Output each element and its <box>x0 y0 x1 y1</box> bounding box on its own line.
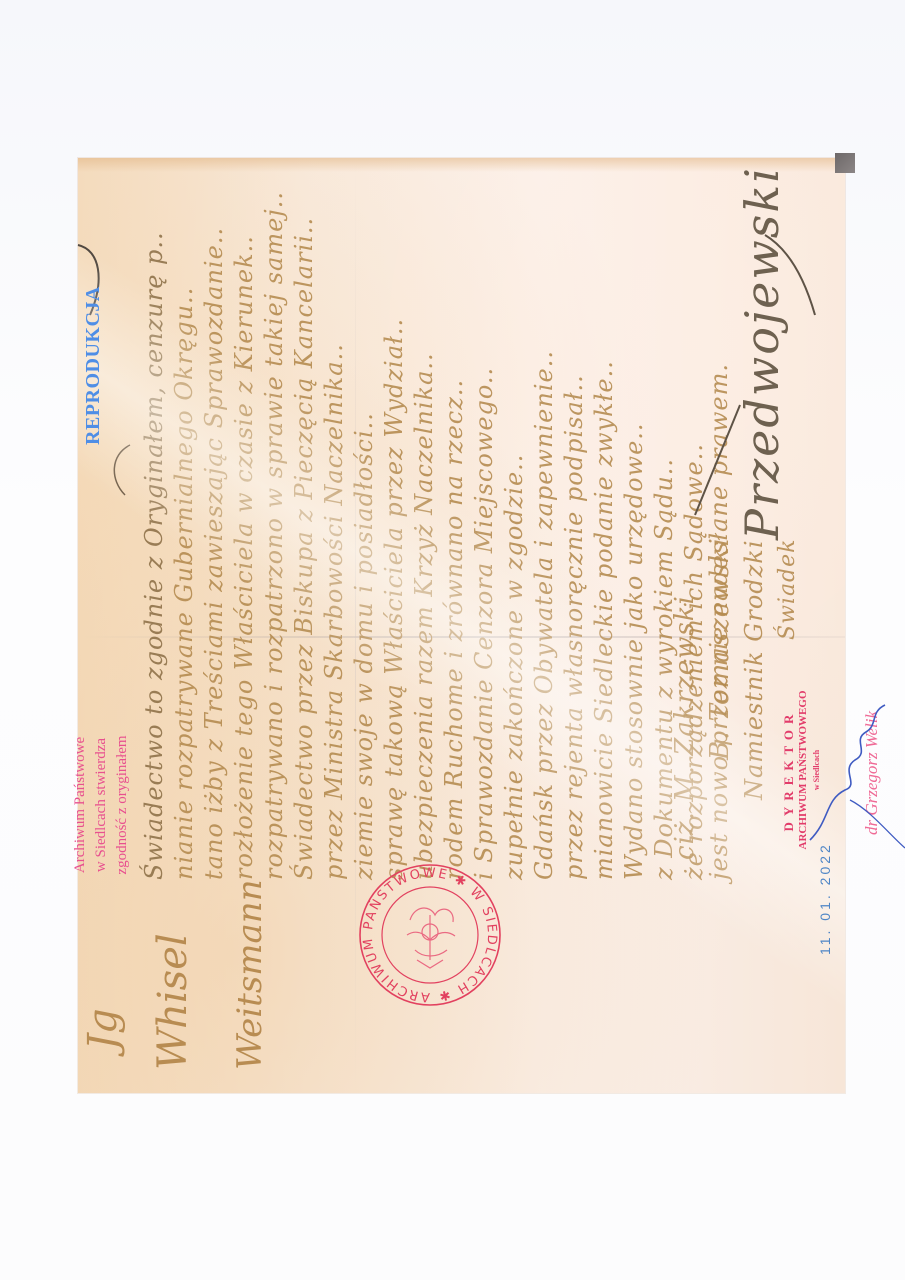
margin-note: Weitsmann <box>230 879 270 1070</box>
signature-stroke-icon <box>760 230 820 320</box>
signature-line: Namiestnik Grodzki <box>740 539 768 800</box>
text-line: rodem Ruchome i zrównano na rzecz.. <box>440 379 468 880</box>
text-line: mianowicie Siedleckie podanie zwykłe.. <box>590 360 618 880</box>
text-line: Świadectwo przez Biskupa z Pieczęcią Kan… <box>290 217 318 880</box>
blue-ink-signature <box>800 690 905 850</box>
signature-block: Świadek <box>775 539 800 641</box>
text-line: ubezpieczenia razem Krzyż Naczelnika.. <box>410 352 438 880</box>
signature-block: B. Tomaszewski <box>705 537 735 760</box>
text-line: przez Ministra Skarbowości Naczelnika.. <box>320 343 348 880</box>
certification-line: zgodność z oryginałem <box>112 720 133 890</box>
text-line: Świadectwo to zgodnie z Oryginałem, cenz… <box>140 231 168 880</box>
archive-seal: ARCHIWUM PAŃSTWOWE ✱ W SIEDLCACH ✱ <box>355 860 505 1010</box>
paper-edge <box>78 158 845 172</box>
director-title: DYREKTOR <box>782 670 796 870</box>
margin-note: Jg <box>80 1008 126 1050</box>
signature-line: B. Tomaszewski <box>705 537 735 760</box>
reproduction-stamp: REPRODUKCJA <box>82 286 105 445</box>
margin-note: Whisel <box>150 933 196 1070</box>
eagle-emblem-icon <box>407 908 455 968</box>
text-line: ziemie swoje w domu i posiadłości.. <box>350 412 378 880</box>
text-line: rozpatrywano i rozpatrzono w sprawie tak… <box>260 191 288 880</box>
closing-line: ciż. M. Zakrzewski <box>670 595 700 860</box>
paper-corner-tab <box>835 153 855 173</box>
text-line: i Sprawozdanie Cenzora Miejscowego.. <box>470 367 498 880</box>
text-line: tano iżby z Treściami zawieszając Sprawo… <box>200 227 228 880</box>
text-line: nianie rozpatrywane Gubernialnego Okręgu… <box>170 287 198 880</box>
text-line: Wydano stosownie jako urzędowe.. <box>620 422 648 880</box>
certification-line: w Siedlcach stwierdza <box>91 720 112 890</box>
text-line: przez rejenta własnoręcznie podpisał.. <box>560 374 588 880</box>
text-line: sprawę takową Właściciela przez Wydział.… <box>380 318 408 880</box>
text-line: rozłożenie tego Właściciela w czasie z K… <box>230 235 258 880</box>
signature-block: Namiestnik Grodzki <box>740 539 768 800</box>
certification-line: Archiwum Państwowe <box>70 720 91 890</box>
signature-line: Świadek <box>775 539 800 641</box>
certification-stamp: Archiwum Państwowe w Siedlcach stwierdza… <box>70 720 133 890</box>
closing-block: ciż. M. Zakrzewski <box>670 595 700 860</box>
signature-stroke-icon <box>690 400 750 520</box>
text-line: zupełnie zakończone w zgodzie.. <box>500 454 528 880</box>
text-line: Gdańsk przez Obywatela i zapewnienie.. <box>530 350 558 880</box>
